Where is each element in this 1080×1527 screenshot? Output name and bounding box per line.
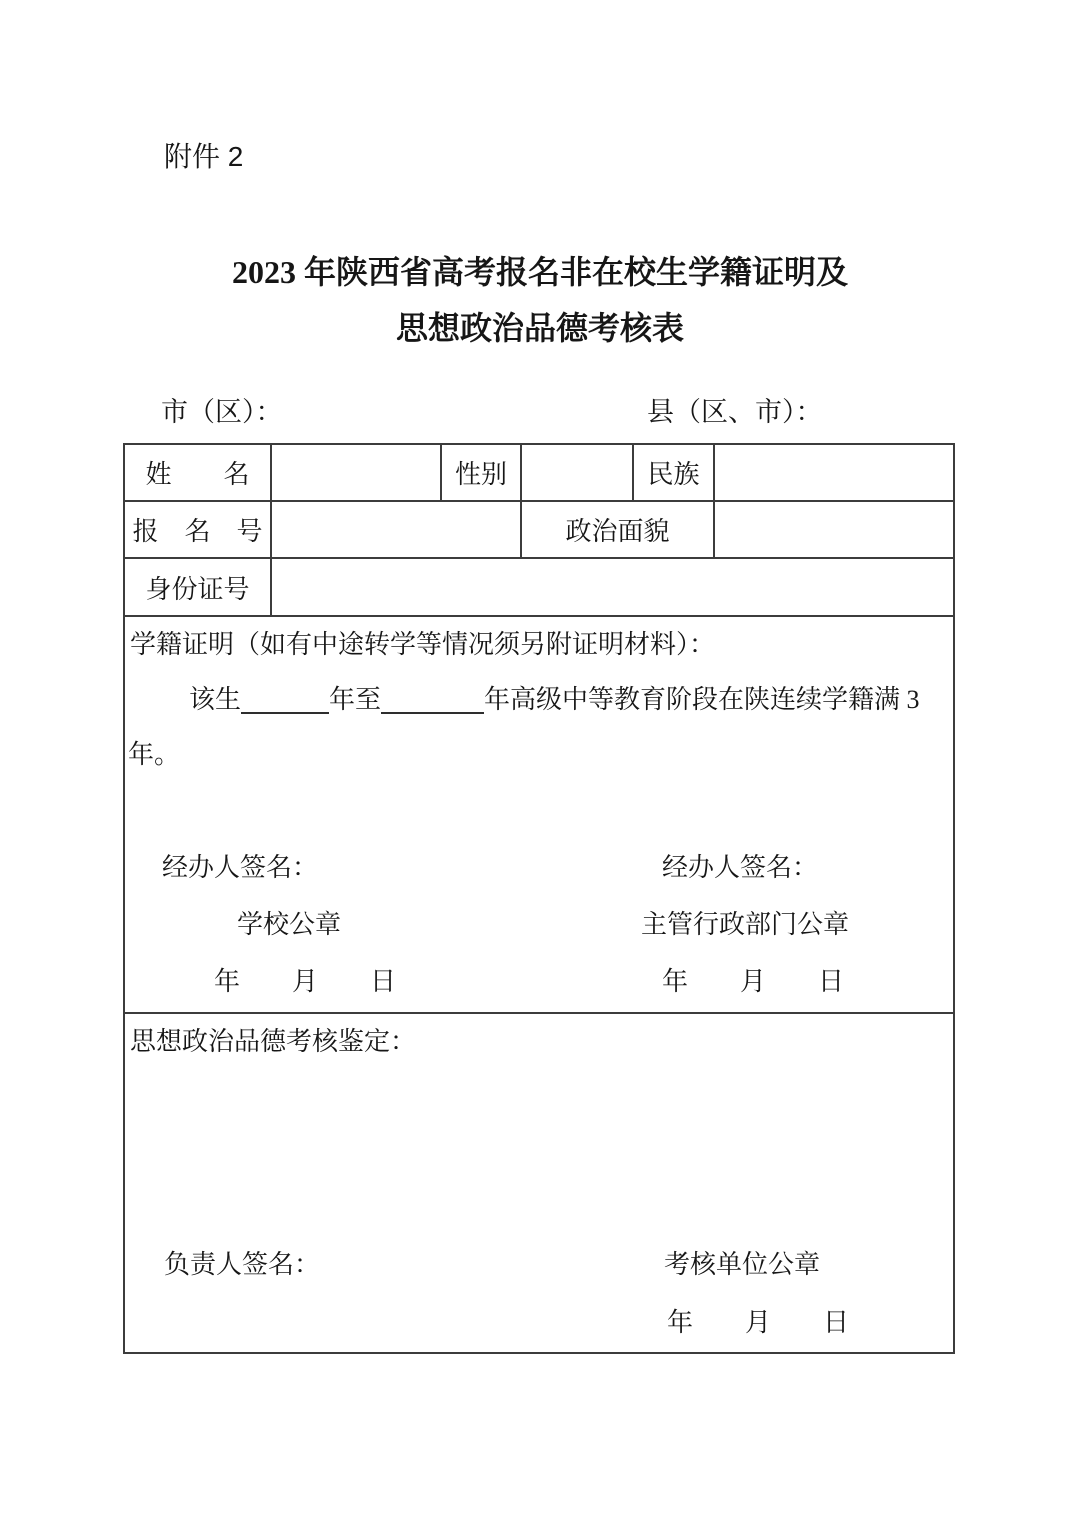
assessment-heading: 思想政治品德考核鉴定： — [130, 1027, 416, 1057]
enrollment-certificate-cell: 学籍证明（如有中途转学等情况须另附证明材料）： 该生年至年高级中等教育阶段在陕连… — [124, 616, 954, 1013]
form-table: 姓 名 性别 民族 报 名 号 政治面貌 身份证号 学籍证明（如有中途转学等情况… — [123, 443, 955, 1354]
attachment-label: 附件 2 — [164, 142, 243, 172]
form-title-line1: 2023 年陕西省高考报名非在校生学籍证明及 — [0, 252, 1080, 292]
table-row: 姓 名 性别 民族 — [124, 444, 954, 501]
gender-label: 性别 — [441, 444, 521, 501]
table-row: 学籍证明（如有中途转学等情况须另附证明材料）： 该生年至年高级中等教育阶段在陕连… — [124, 616, 954, 1013]
city-field-label: 市（区）： — [161, 397, 283, 427]
county-field-label: 县（区、市）： — [647, 397, 823, 427]
ethnicity-label: 民族 — [633, 444, 714, 501]
enrollment-sentence-wrap: 年。 — [128, 740, 180, 770]
dept-date-label: 年 月 日 — [662, 967, 844, 997]
name-label: 姓 名 — [124, 444, 271, 501]
document-page: 附件 2 2023 年陕西省高考报名非在校生学籍证明及 思想政治品德考核表 市（… — [0, 0, 1080, 1527]
enrollment-certificate-heading: 学籍证明（如有中途转学等情况须另附证明材料）： — [130, 630, 715, 660]
name-value-cell — [271, 444, 441, 501]
table-row: 身份证号 — [124, 558, 954, 616]
assessment-cell: 思想政治品德考核鉴定： 负责人签名： 考核单位公章 年 月 日 — [124, 1013, 954, 1353]
school-date-label: 年 月 日 — [214, 967, 396, 997]
enrollment-sentence: 该生年至年高级中等教育阶段在陕连续学籍满 3 — [189, 685, 920, 715]
enrollment-sentence-mid: 年至 — [329, 685, 381, 714]
assessment-unit-seal-label: 考核单位公章 — [664, 1250, 820, 1280]
political-status-value-cell — [714, 501, 954, 558]
table-row: 报 名 号 政治面貌 — [124, 501, 954, 558]
dept-seal-label: 主管行政部门公章 — [641, 910, 849, 940]
form-title-line2: 思想政治品德考核表 — [0, 308, 1080, 348]
ethnicity-value-cell — [714, 444, 954, 501]
school-seal-label: 学校公章 — [237, 910, 341, 940]
responsible-signature-label: 负责人签名： — [164, 1250, 320, 1280]
id-number-value-cell — [271, 558, 954, 616]
end-year-blank-underline — [381, 688, 484, 714]
start-year-blank-underline — [241, 688, 329, 714]
enrollment-sentence-prefix: 该生 — [189, 685, 241, 714]
enrollment-sentence-suffix: 年高级中等教育阶段在陕连续学籍满 3 — [484, 685, 920, 714]
dept-agent-signature-label: 经办人签名： — [662, 853, 818, 883]
id-number-label: 身份证号 — [124, 558, 271, 616]
gender-value-cell — [521, 444, 633, 501]
political-status-label: 政治面貌 — [521, 501, 714, 558]
registration-number-label: 报 名 号 — [124, 501, 271, 558]
table-row: 思想政治品德考核鉴定： 负责人签名： 考核单位公章 年 月 日 — [124, 1013, 954, 1353]
assessment-date-label: 年 月 日 — [667, 1308, 849, 1338]
registration-number-value-cell — [271, 501, 521, 558]
school-agent-signature-label: 经办人签名： — [162, 853, 318, 883]
